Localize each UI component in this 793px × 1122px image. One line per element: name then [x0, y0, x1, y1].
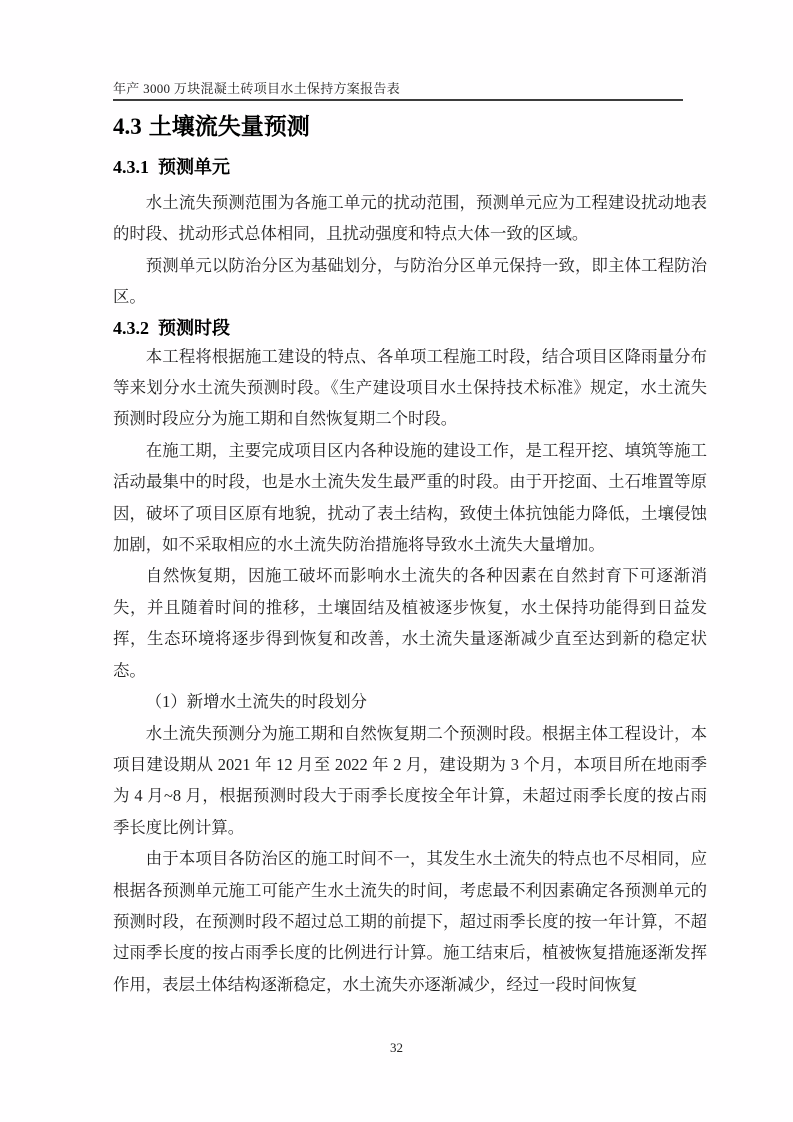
body-paragraph: 在施工期，主要完成项目区内各种设施的建设工作，是工程开挖、填筑等施工活动最集中的…	[113, 435, 707, 561]
page-number: 32	[390, 1040, 403, 1055]
body-paragraph: 本工程将根据施工建设的特点、各单项工程施工时段，结合项目区降雨量分布等来划分水土…	[113, 341, 707, 435]
body-paragraph-list-item: （1）新增水土流失的时段划分	[113, 686, 707, 717]
body-paragraph: 水土流失预测分为施工期和自然恢复期二个预测时段。根据主体工程设计，本项目建设期从…	[113, 718, 707, 844]
body-paragraph: 预测单元以防治分区为基础划分，与防治分区单元保持一致，即主体工程防治区。	[113, 250, 707, 313]
section-number: 4.3.1	[113, 157, 149, 177]
chapter-title-text: 土壤流失量预测	[149, 114, 310, 139]
body-paragraph: 水土流失预测范围为各施工单元的扰动范围，预测单元应为工程建设扰动地表的时段、扰动…	[113, 187, 707, 250]
page-content: 4.3土壤流失量预测 4.3.1预测单元 水土流失预测范围为各施工单元的扰动范围…	[113, 0, 707, 1000]
chapter-number: 4.3	[113, 114, 142, 139]
section-heading-text: 预测单元	[158, 157, 230, 177]
section-number: 4.3.2	[113, 318, 149, 338]
body-paragraph: 自然恢复期，因施工破坏而影响水土流失的各种因素在自然封育下可逐渐消失，并且随着时…	[113, 560, 707, 686]
chapter-title: 4.3土壤流失量预测	[113, 114, 707, 140]
section-heading-4-3-2: 4.3.2预测时段	[113, 318, 707, 338]
section-heading-4-3-1: 4.3.1预测单元	[113, 157, 707, 177]
page-footer: 32	[0, 1039, 793, 1057]
document-page: 年产 3000 万块混凝土砖项目水土保持方案报告表 4.3土壤流失量预测 4.3…	[0, 0, 793, 1122]
section-heading-text: 预测时段	[158, 318, 230, 338]
body-paragraph: 由于本项目各防治区的施工时间不一，其发生水土流失的特点也不尽相同，应根据各预测单…	[113, 843, 707, 1000]
